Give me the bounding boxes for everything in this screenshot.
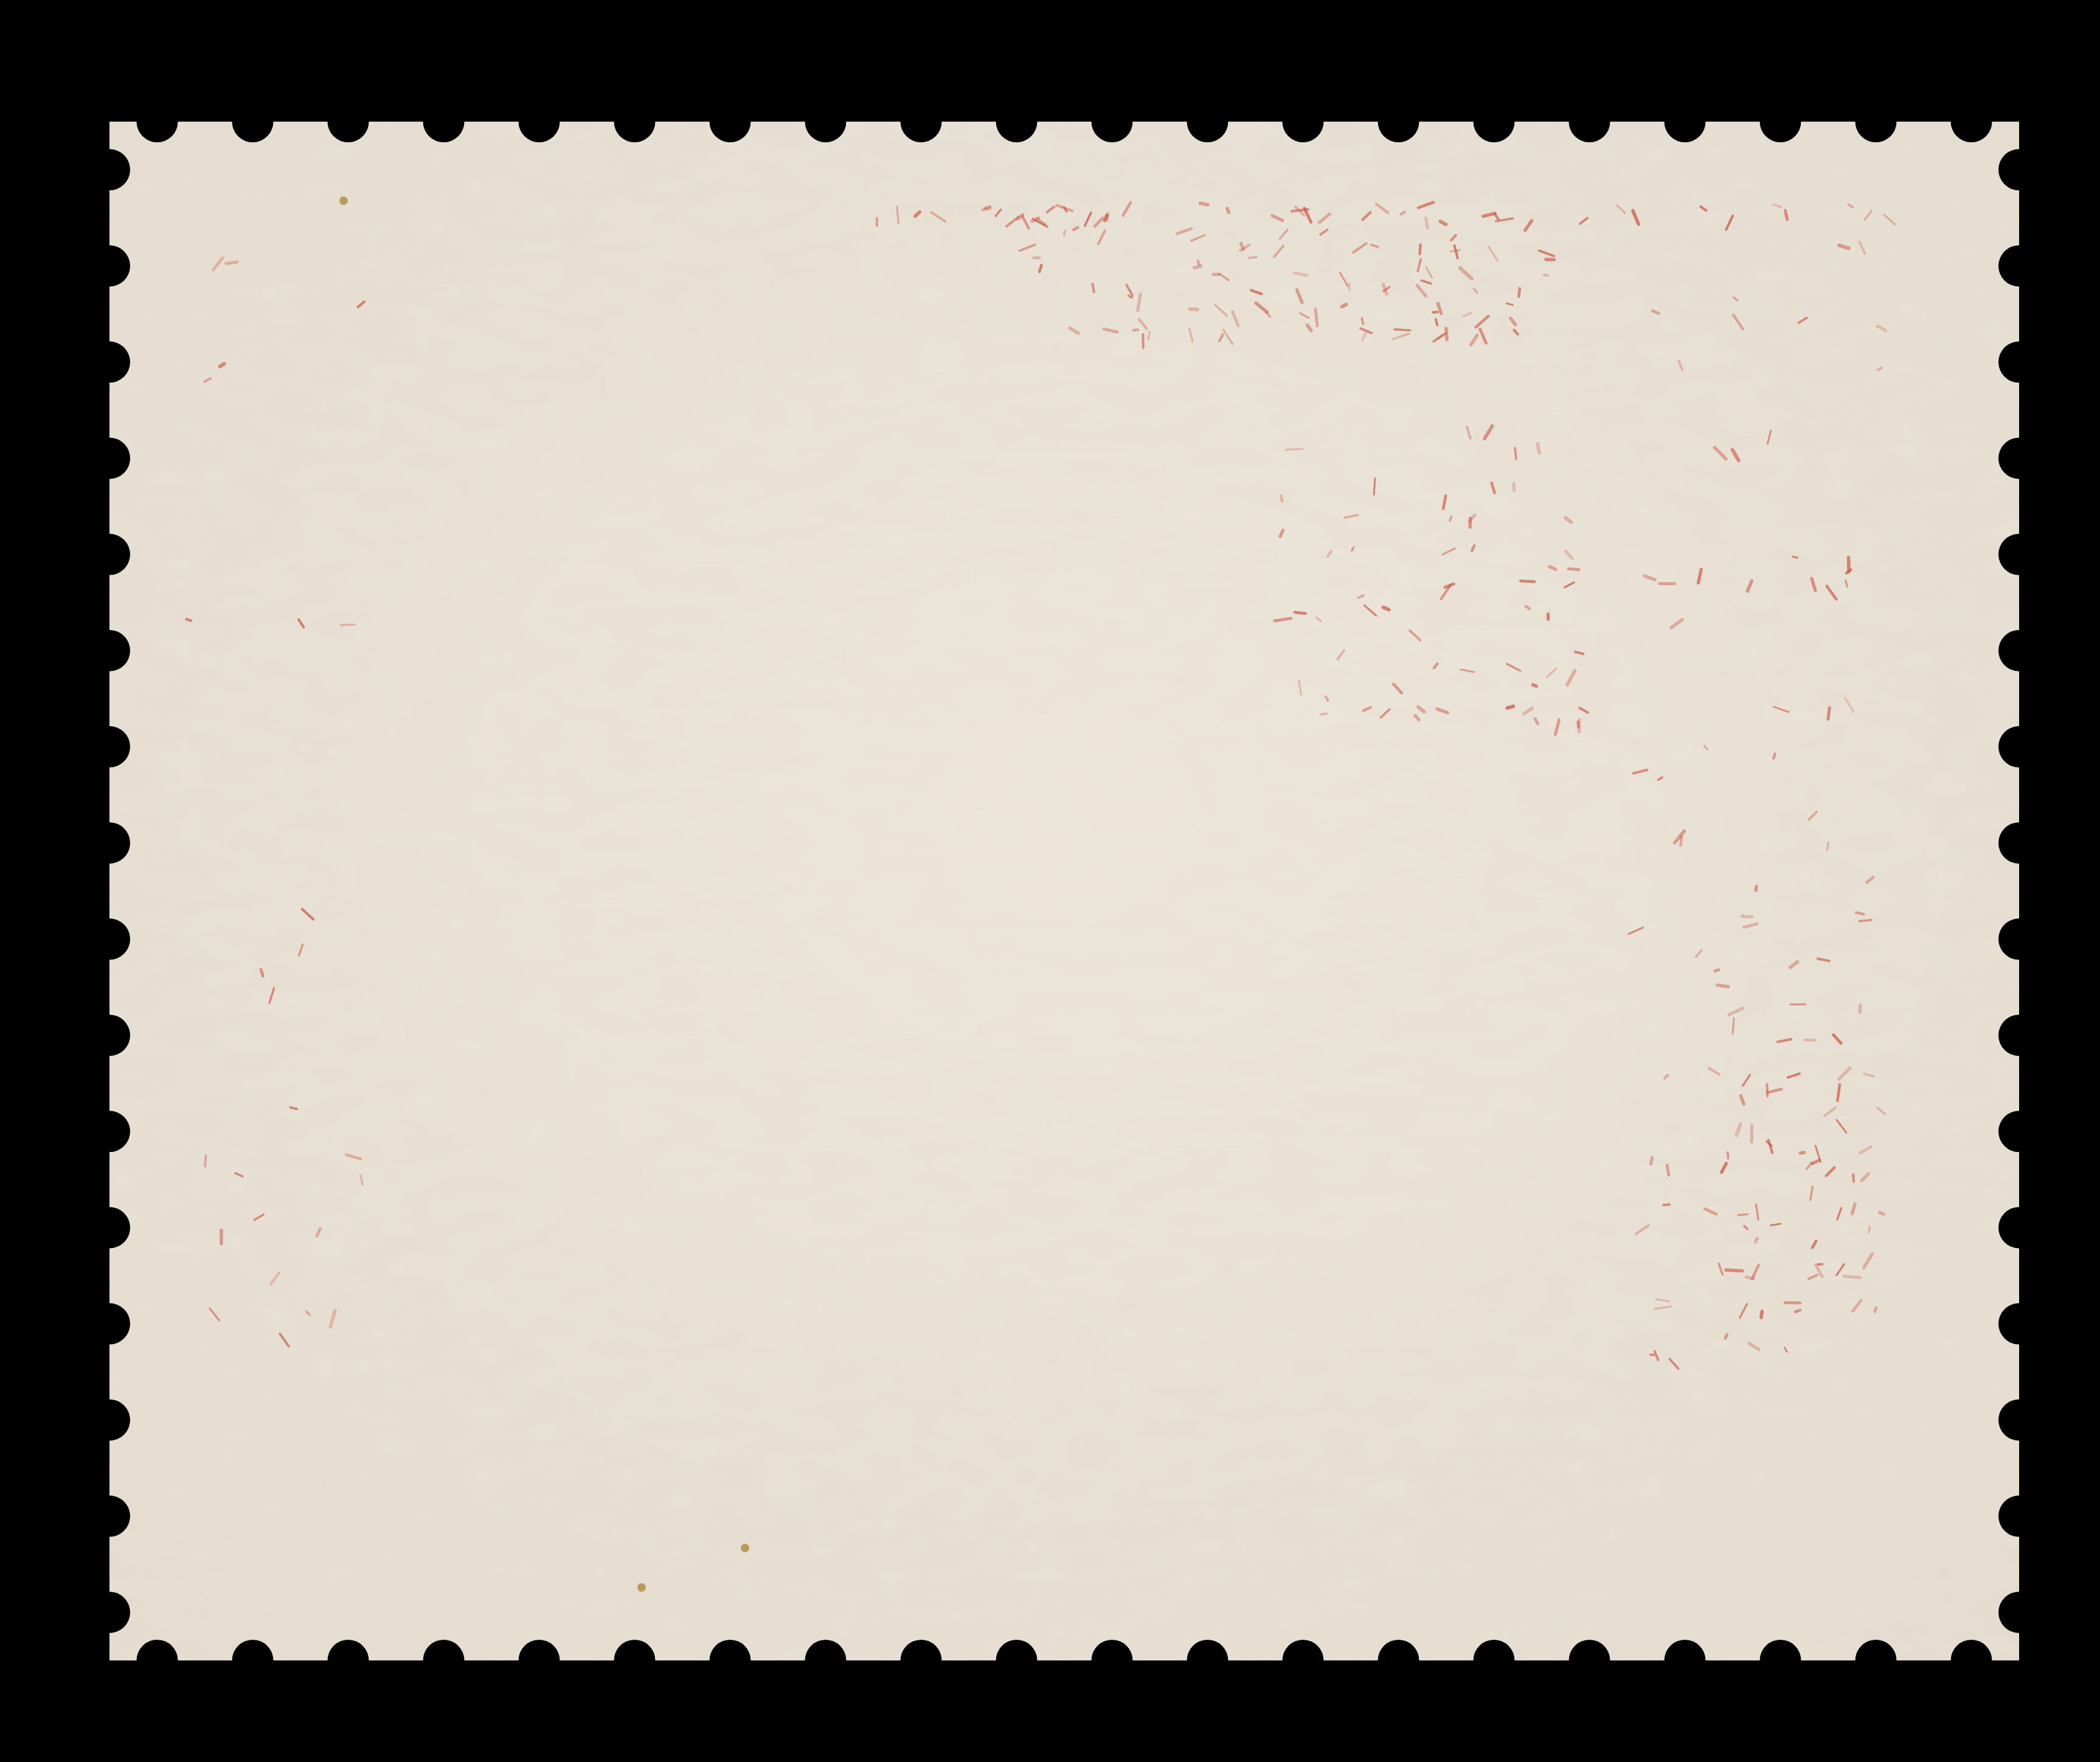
stamp-reverse	[0, 0, 2100, 1762]
paper-texture	[109, 122, 2019, 1660]
